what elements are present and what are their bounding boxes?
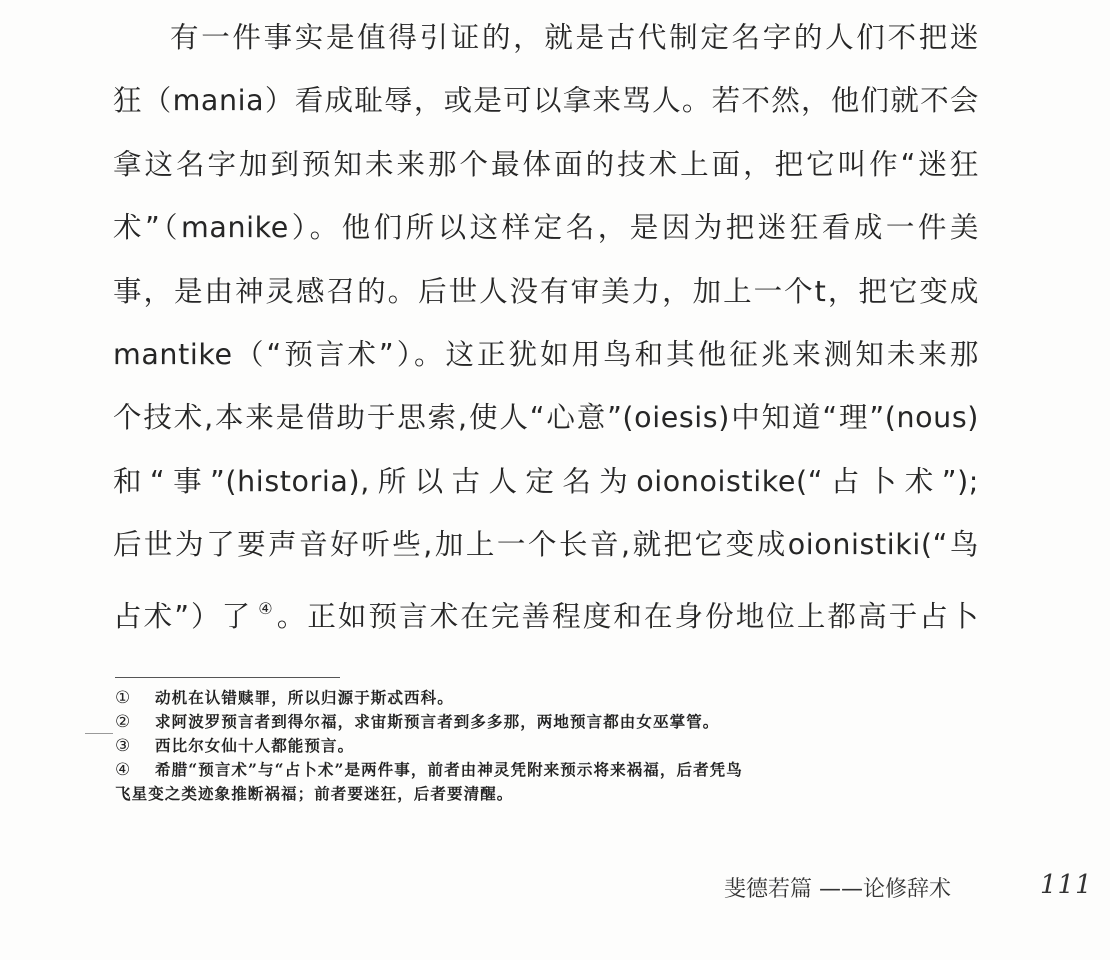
footnote-item: ④希腊“预言术”与“占卜术”是两件事，前者由神灵凭附来预示将来祸福，后者凭鸟 bbox=[115, 758, 985, 782]
paragraph-line: 狂（mania）看成耻辱，或是可以拿来骂人。若不然，他们就不会 bbox=[113, 75, 979, 138]
footnote-number: ③ bbox=[115, 735, 155, 758]
book-page: 有一件事实是值得引证的，就是古代制定名字的人们不把迷 狂（mania）看成耻辱，… bbox=[0, 0, 1110, 960]
paragraph-line: 有一件事实是值得引证的，就是古代制定名字的人们不把迷 bbox=[113, 12, 979, 75]
scan-artifact-mark bbox=[85, 733, 113, 734]
paragraph-line: 和“事”(historia),所以古人定名为oionoistike(“占卜术”)… bbox=[113, 456, 979, 519]
footnote-text: 动机在认错赎罪，所以归源于斯忒西科。 bbox=[155, 688, 454, 707]
paragraph-line: mantike（“预言术”）。这正犹如用鸟和其他征兆来测知未来那 bbox=[113, 329, 979, 392]
line-segment: 占术”）了 bbox=[113, 600, 252, 633]
footnote-text: 求阿波罗预言者到得尔福，求宙斯预言者到多多那，两地预言都由女巫掌管。 bbox=[155, 712, 719, 731]
page-footer: 斐德若篇 ——论修辞术 111 bbox=[724, 868, 1084, 904]
footnote-item: ③西比尔女仙十人都能预言。 bbox=[115, 734, 985, 758]
footnote-number: ④ bbox=[115, 759, 155, 782]
footnote-text: 希腊“预言术”与“占卜术”是两件事，前者由神灵凭附来预示将来祸福，后者凭鸟 bbox=[155, 760, 743, 779]
footnote-reference[interactable]: ④ bbox=[258, 599, 274, 618]
paragraph-line: 后世为了要声音好听些,加上一个长音,就把它变成oionistiki(“鸟 bbox=[113, 519, 979, 582]
footnotes: ①动机在认错赎罪，所以归源于斯忒西科。 ②求阿波罗预言者到得尔福，求宙斯预言者到… bbox=[115, 686, 985, 805]
footnote-item: ②求阿波罗预言者到得尔福，求宙斯预言者到多多那，两地预言都由女巫掌管。 bbox=[115, 710, 985, 734]
page-number: 111 bbox=[1040, 870, 1093, 900]
running-title: 斐德若篇 ——论修辞术 bbox=[724, 872, 951, 903]
paragraph-line: 占术”）了④。正如预言术在完善程度和在身份地位上都高于占卜 bbox=[113, 583, 979, 646]
paragraph-line: 个技术,本来是借助于思索,使人“心意”(oiesis)中知道“理”(nous) bbox=[113, 392, 979, 455]
footnote-item: ①动机在认错赎罪，所以归源于斯忒西科。 bbox=[115, 686, 985, 710]
footnote-number: ② bbox=[115, 711, 155, 734]
body-text: 有一件事实是值得引证的，就是古代制定名字的人们不把迷 狂（mania）看成耻辱，… bbox=[113, 12, 979, 646]
line-segment: 。正如预言术在完善程度和在身份地位上都高于占卜 bbox=[277, 600, 979, 633]
paragraph-line: 事，是由神灵感召的。后世人没有审美力，加上一个t，把它变成 bbox=[113, 266, 979, 329]
footnote-continuation: 飞星变之类迹象推断祸福；前者要迷狂，后者要清醒。 bbox=[115, 782, 985, 805]
paragraph-line: 术”（manike）。他们所以这样定名，是因为把迷狂看成一件美 bbox=[113, 202, 979, 265]
paragraph-line: 拿这名字加到预知未来那个最体面的技术上面，把它叫作“迷狂 bbox=[113, 139, 979, 202]
footnote-number: ① bbox=[115, 687, 155, 710]
footnote-text: 西比尔女仙十人都能预言。 bbox=[155, 736, 354, 755]
footnote-divider bbox=[115, 677, 340, 678]
